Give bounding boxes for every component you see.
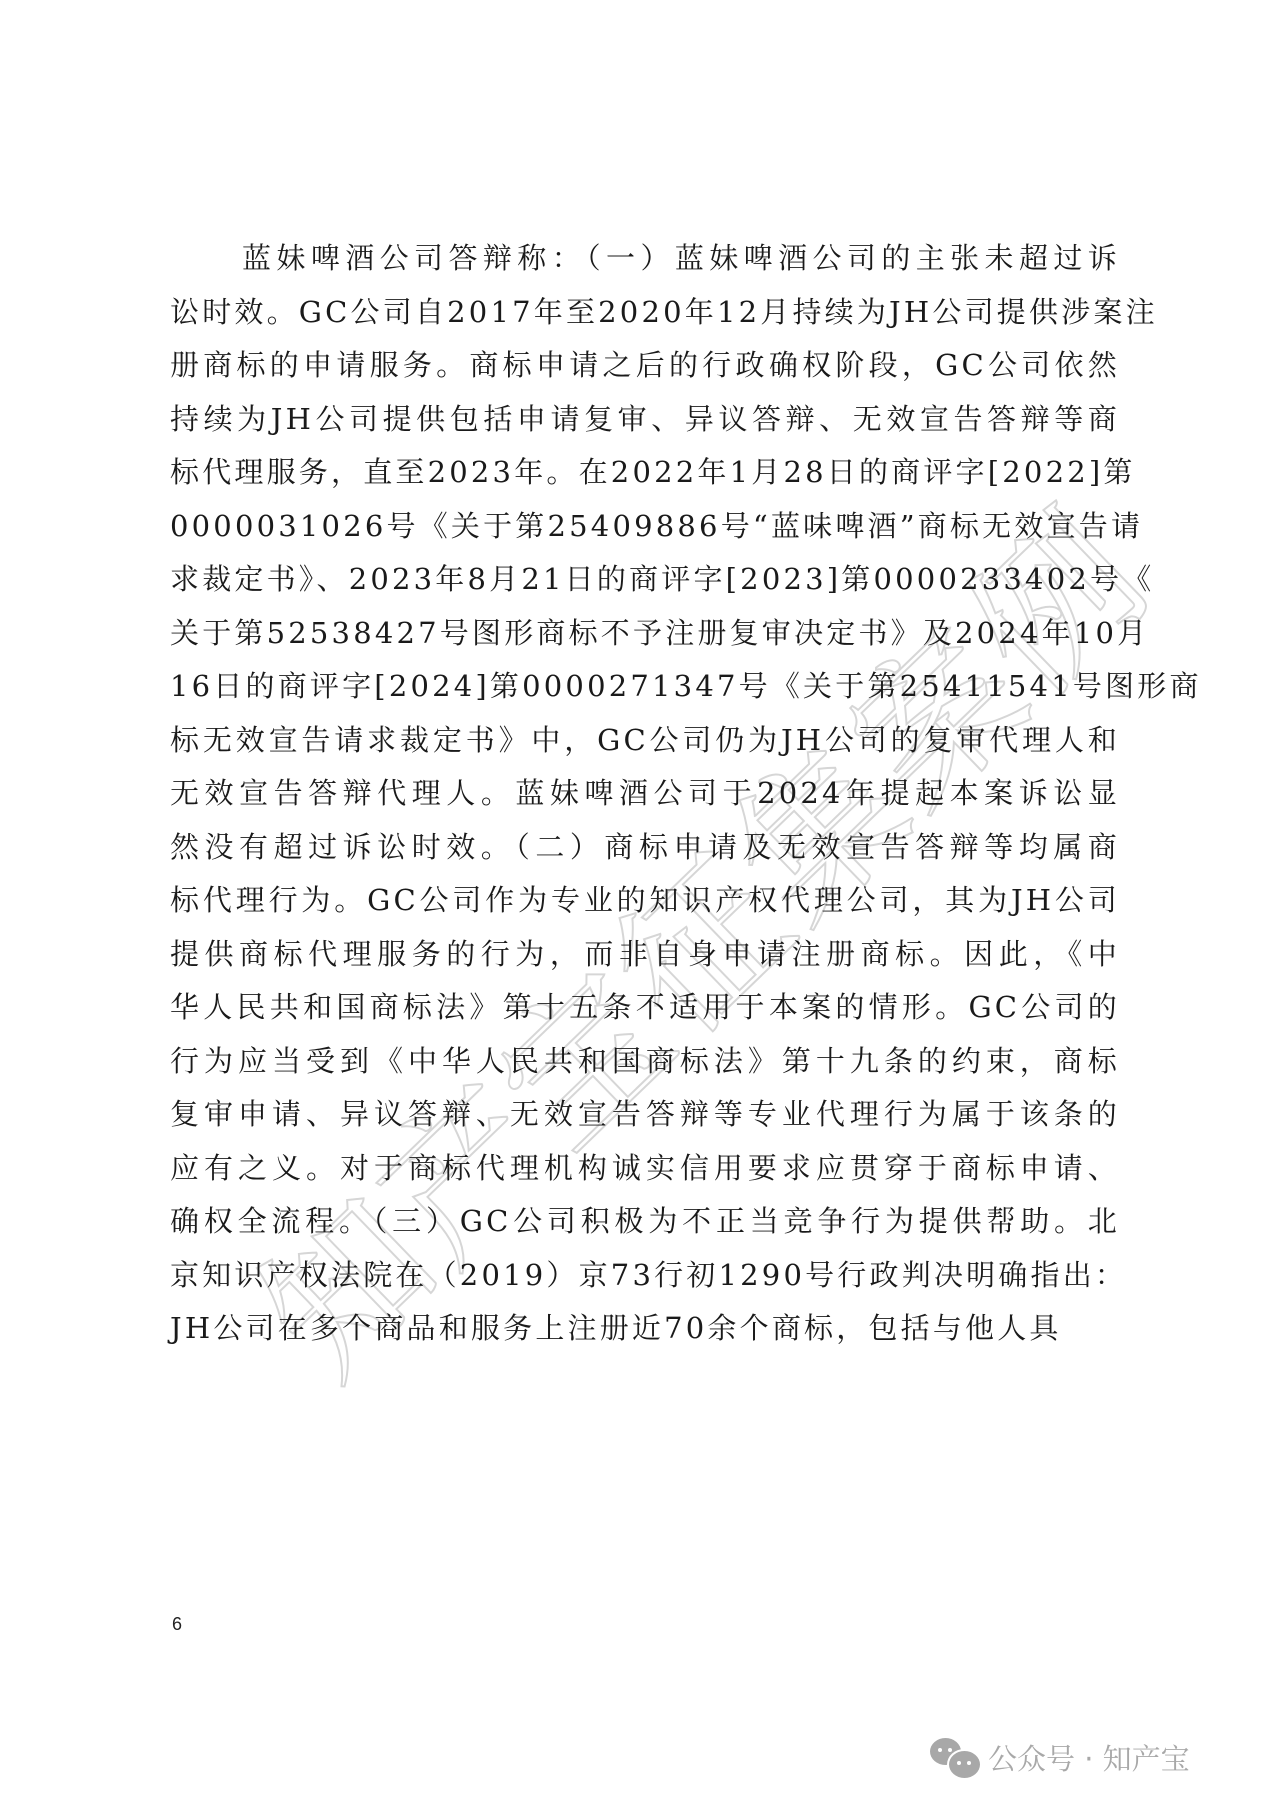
paragraph-line: 无效宣告答辩代理人。蓝妹啤酒公司于2024年提起本案诉讼显 bbox=[170, 767, 1120, 821]
paragraph-line: 求裁定书》、2023年8月21日的商评字[2023]第0000233402号《 bbox=[170, 553, 1120, 607]
wechat-account-footer: 公众号 · 知产宝 bbox=[930, 1737, 1190, 1778]
paragraph-line: 0000031026号《关于第25409886号“蓝味啤酒”商标无效宣告请 bbox=[170, 500, 1120, 554]
paragraph-line: 持续为JH公司提供包括申请复审、异议答辩、无效宣告答辩等商 bbox=[170, 393, 1120, 447]
paragraph-line: 册商标的申请服务。商标申请之后的行政确权阶段，GC公司依然 bbox=[170, 339, 1120, 393]
wechat-icon bbox=[930, 1738, 980, 1778]
paragraph-line: 标无效宣告请求裁定书》中，GC公司仍为JH公司的复审代理人和 bbox=[170, 714, 1120, 768]
paragraph-line: 标代理服务，直至2023年。在2022年1月28日的商评字[2022]第 bbox=[170, 446, 1120, 500]
paragraph-line: JH公司在多个商品和服务上注册近70余个商标，包括与他人具 bbox=[170, 1302, 1120, 1356]
paragraph-line: 讼时效。GC公司自2017年至2020年12月持续为JH公司提供涉案注 bbox=[170, 286, 1120, 340]
paragraph-line: 提供商标代理服务的行为，而非自身申请注册商标。因此，《中 bbox=[170, 928, 1120, 982]
paragraph-line: 应有之义。对于商标代理机构诚实信用要求应贯穿于商标申请、 bbox=[170, 1142, 1120, 1196]
page-number: 6 bbox=[172, 1614, 182, 1635]
footer-label: 公众号 · 知产宝 bbox=[988, 1737, 1190, 1778]
paragraph-line: 蓝妹啤酒公司答辩称：（一）蓝妹啤酒公司的主张未超过诉 bbox=[170, 232, 1120, 286]
paragraph-line: 行为应当受到《中华人民共和国商标法》第十九条的约束，商标 bbox=[170, 1035, 1120, 1089]
body-paragraph: 蓝妹啤酒公司答辩称：（一）蓝妹啤酒公司的主张未超过诉 讼时效。GC公司自2017… bbox=[170, 232, 1120, 1356]
paragraph-line: 标代理行为。GC公司作为专业的知识产权代理公司，其为JH公司 bbox=[170, 874, 1120, 928]
paragraph-line: 确权全流程。（三）GC公司积极为不正当竞争行为提供帮助。北 bbox=[170, 1195, 1120, 1249]
paragraph-line: 然没有超过诉讼时效。（二）商标申请及无效宣告答辩等均属商 bbox=[170, 821, 1120, 875]
paragraph-line: 复审申请、异议答辩、无效宣告答辩等专业代理行为属于该条的 bbox=[170, 1088, 1120, 1142]
paragraph-line: 京知识产权法院在（2019）京73行初1290号行政判决明确指出： bbox=[170, 1249, 1120, 1303]
paragraph-line: 16日的商评字[2024]第0000271347号《关于第25411541号图形… bbox=[170, 660, 1120, 714]
paragraph-line: 华人民共和国商标法》第十五条不适用于本案的情形。GC公司的 bbox=[170, 981, 1120, 1035]
paragraph-line: 关于第52538427号图形商标不予注册复审决定书》及2024年10月 bbox=[170, 607, 1120, 661]
document-page: 知产宝征集案例 蓝妹啤酒公司答辩称：（一）蓝妹啤酒公司的主张未超过诉 讼时效。G… bbox=[0, 0, 1280, 1810]
